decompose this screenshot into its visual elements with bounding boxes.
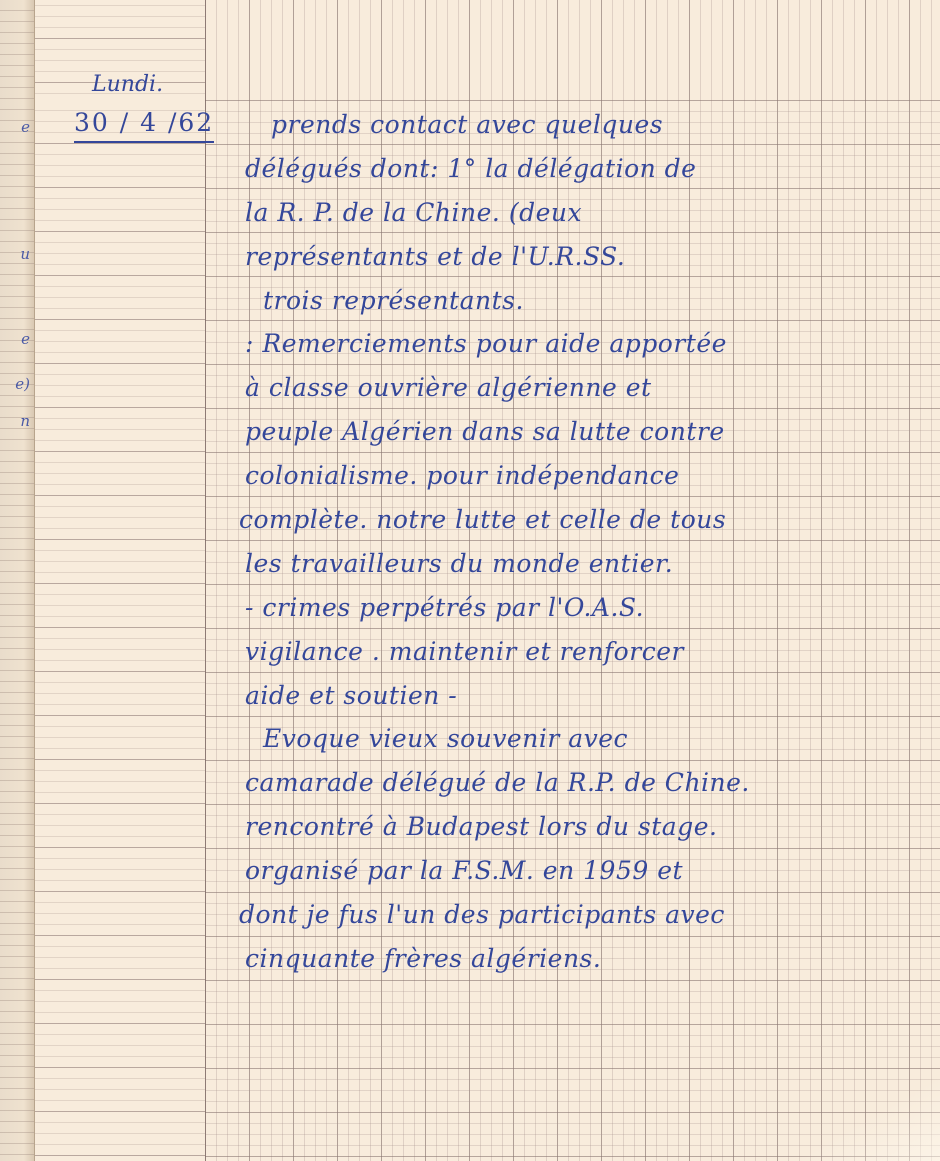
text-line: complète. notre lutte et celle de tous bbox=[239, 498, 940, 542]
previous-page-mark: e) bbox=[0, 375, 30, 393]
text-line: représentants et de l'U.R.SS. bbox=[245, 235, 940, 279]
text-line: délégués dont: 1° la délégation de bbox=[245, 147, 940, 191]
paper-glare bbox=[780, 1061, 940, 1161]
previous-page-mark: n bbox=[0, 412, 30, 430]
text-line: Evoque vieux souvenir avec bbox=[245, 717, 940, 761]
previous-page-mark: e bbox=[0, 118, 30, 136]
text-line: camarade délégué de la R.P. de Chine. bbox=[245, 761, 940, 805]
previous-page-mark: u bbox=[0, 245, 30, 263]
text-line: vigilance . maintenir et renforcer bbox=[245, 630, 940, 674]
text-line: organisé par la F.S.M. en 1959 et bbox=[245, 849, 940, 893]
entry-body: prends contact avec quelques délégués do… bbox=[245, 103, 940, 981]
entry-day: Lundi. bbox=[92, 72, 163, 97]
text-line: peuple Algérien dans sa lutte contre bbox=[245, 410, 940, 454]
text-line: les travailleurs du monde entier. bbox=[245, 542, 940, 586]
entry-date: 30 / 4 /62 bbox=[74, 108, 214, 143]
text-line: la R. P. de la Chine. (deux bbox=[245, 191, 940, 235]
text-line: trois représentants. bbox=[245, 279, 940, 323]
previous-page-edge: e u e e) n bbox=[0, 0, 35, 1161]
text-line: dont je fus l'un des participants avec bbox=[239, 893, 940, 937]
previous-page-mark: e bbox=[0, 330, 30, 348]
margin-band bbox=[35, 0, 205, 1161]
margin-rule bbox=[205, 0, 206, 1161]
text-line: à classe ouvrière algérienne et bbox=[245, 366, 940, 410]
text-line: aide et soutien - bbox=[245, 674, 940, 718]
text-line: prends contact avec quelques bbox=[245, 103, 940, 147]
text-line: rencontré à Budapest lors du stage. bbox=[245, 805, 940, 849]
text-line: cinquante frères algériens. bbox=[245, 937, 940, 981]
text-line: colonialisme. pour indépendance bbox=[245, 454, 940, 498]
text-line: - crimes perpétrés par l'O.A.S. bbox=[245, 586, 940, 630]
text-line: : Remerciements pour aide apportée bbox=[245, 322, 940, 366]
